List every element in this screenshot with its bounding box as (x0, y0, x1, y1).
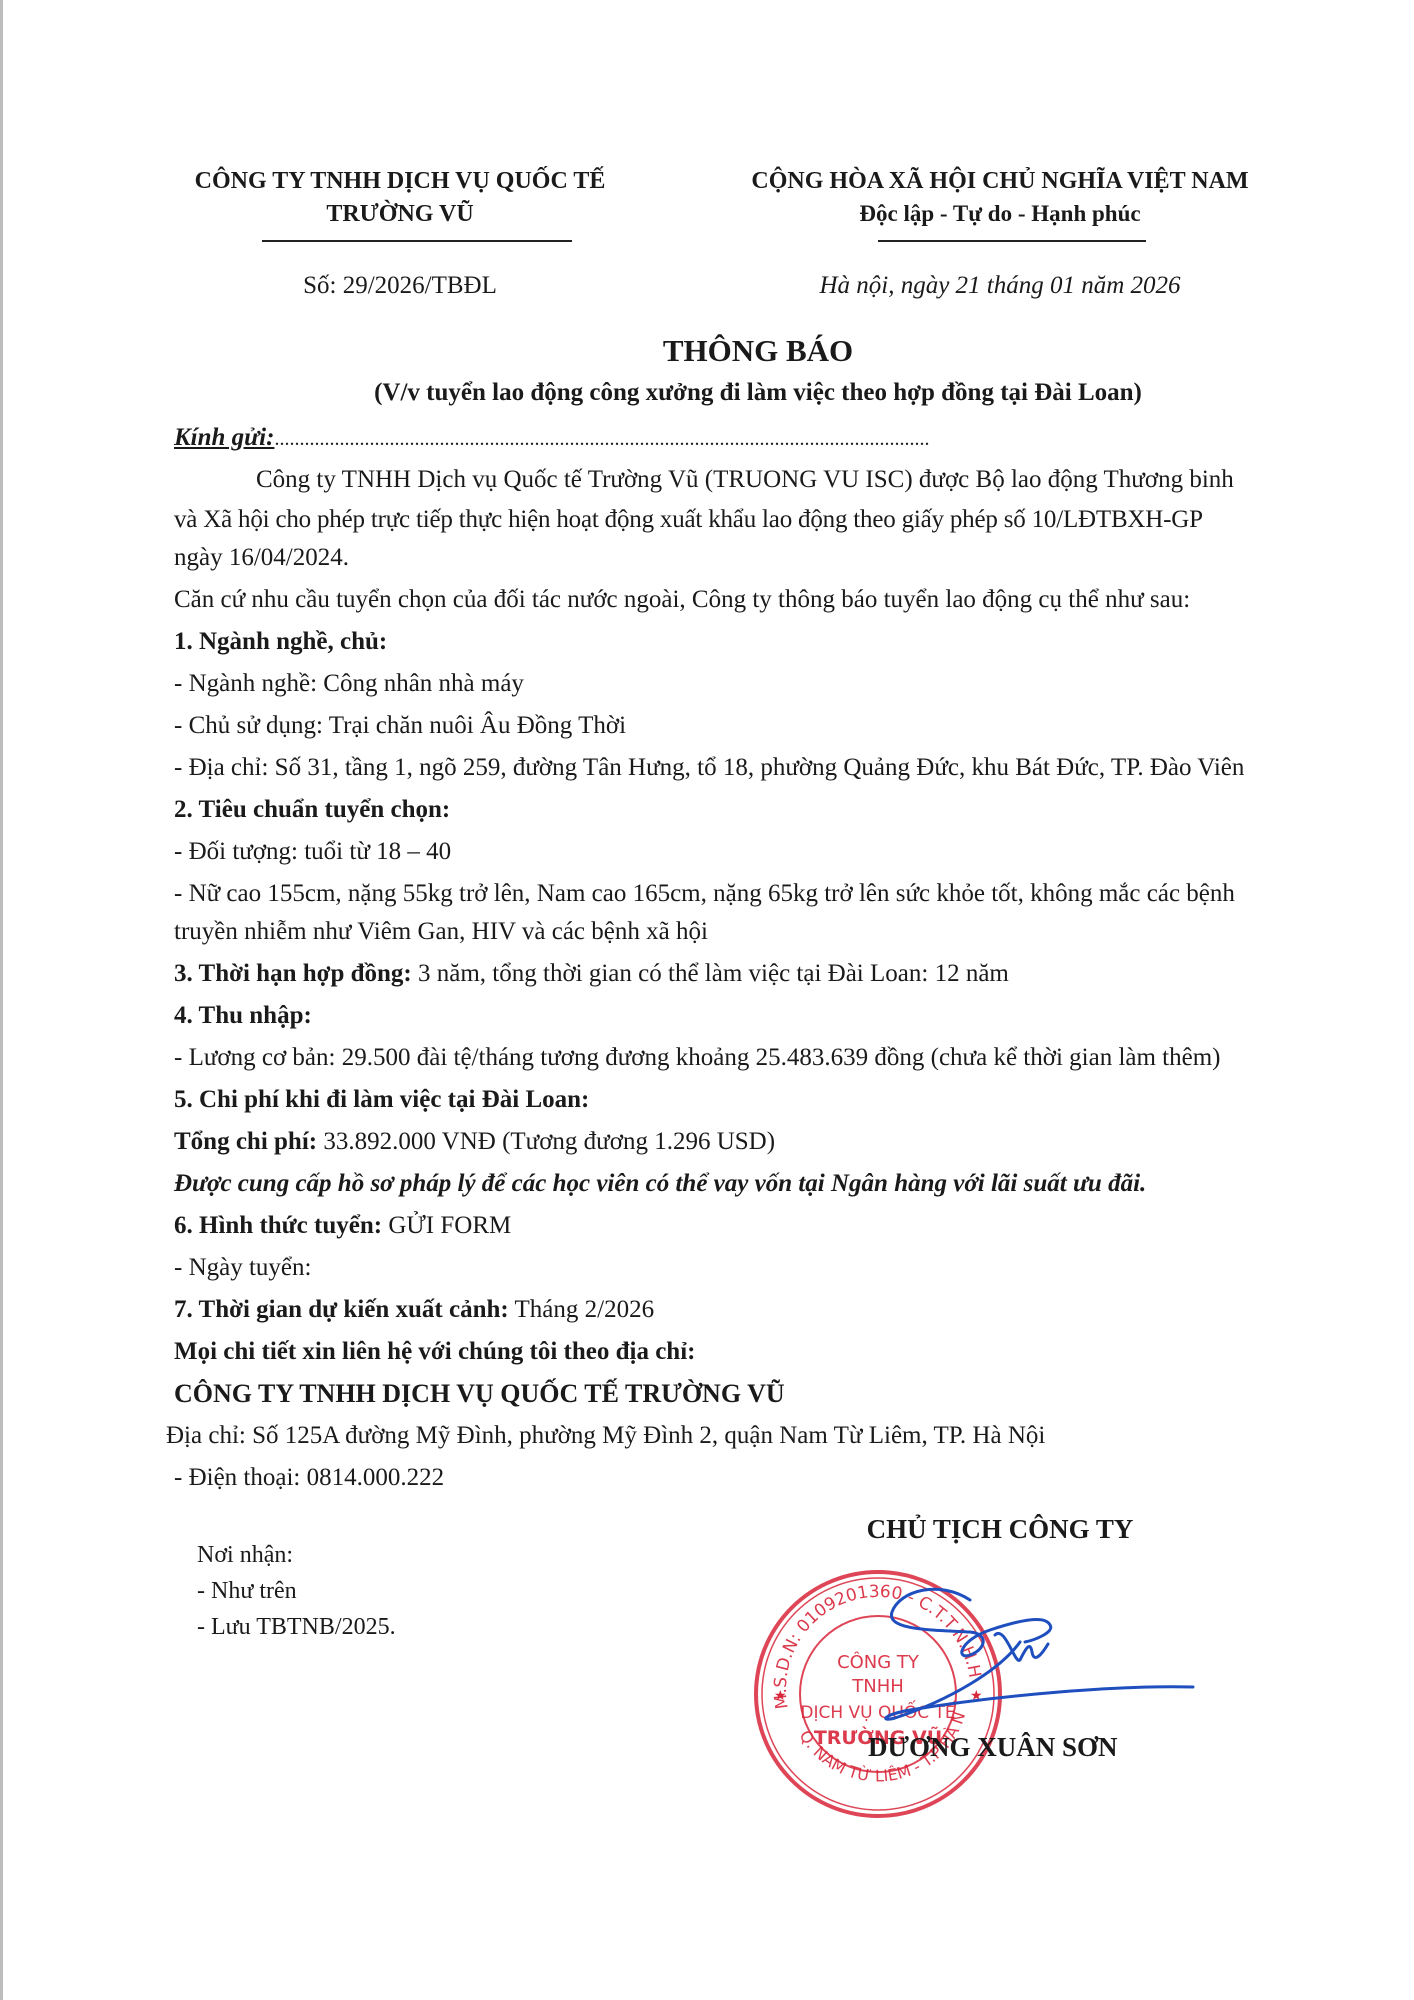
section-6-item: - Ngày tuyển: (174, 1253, 311, 1283)
section-4-heading: 4. Thu nhập: (174, 1001, 312, 1031)
section-6-line: 6. Hình thức tuyển: GỬI FORM (174, 1211, 511, 1241)
section-7-value: Tháng 2/2026 (509, 1296, 654, 1323)
section-7-line: 7. Thời gian dự kiến xuất cảnh: Tháng 2/… (174, 1295, 654, 1325)
section-3-heading: 3. Thời hạn hợp đồng: (174, 960, 412, 987)
intro-line-3: ngày 16/04/2024. (174, 543, 349, 573)
section-6-value: GỬI FORM (382, 1212, 511, 1239)
handwritten-signature-icon (820, 1570, 1220, 1740)
section-5-heading: 5. Chi phí khi đi làm việc tại Đài Loan: (174, 1085, 589, 1115)
header-left-rule (262, 240, 572, 242)
recipient-line: Kính gửi:...............................… (174, 423, 929, 454)
section-2-item: - Nữ cao 155cm, nặng 55kg trở lên, Nam c… (174, 879, 1235, 909)
contact-company: CÔNG TY TNHH DỊCH VỤ QUỐC TẾ TRƯỜNG VŨ (174, 1379, 785, 1409)
recipient-label: Kính gửi: (174, 424, 274, 451)
recipients-item: - Như trên (197, 1576, 297, 1606)
intro-line-1: Công ty TNHH Dịch vụ Quốc tế Trường Vũ (… (256, 465, 1234, 495)
company-name-line1: CÔNG TY TNHH DỊCH VỤ QUỐC TẾ (180, 166, 620, 196)
section-1-item: - Địa chỉ: Số 31, tầng 1, ngõ 259, đường… (174, 753, 1244, 783)
document-date: Hà nội, ngày 21 tháng 01 năm 2026 (720, 271, 1280, 301)
national-motto: Độc lập - Tự do - Hạnh phúc (720, 199, 1280, 229)
total-cost-value: 33.892.000 VNĐ (Tương đương 1.296 USD) (317, 1128, 775, 1155)
document-number: Số: 29/2026/TBĐL (180, 271, 620, 301)
section-1-heading: 1. Ngành nghề, chủ: (174, 627, 387, 657)
section-3-line: 3. Thời hạn hợp đồng: 3 năm, tổng thời g… (174, 959, 1009, 989)
header-right-rule (878, 240, 1146, 242)
national-title: CỘNG HÒA XÃ HỘI CHỦ NGHĨA VIỆT NAM (720, 166, 1280, 196)
company-name-line2: TRƯỜNG VŨ (180, 199, 620, 229)
section-2-item: truyền nhiễm như Viêm Gan, HIV và các bệ… (174, 917, 708, 947)
section-1-item: - Ngành nghề: Công nhân nhà máy (174, 669, 524, 699)
recipients-item: - Lưu TBTNB/2025. (197, 1612, 396, 1642)
section-5-total-line: Tổng chi phí: 33.892.000 VNĐ (Tương đươn… (174, 1127, 775, 1157)
document-subtitle: (V/v tuyển lao động công xưởng đi làm vi… (174, 378, 1342, 408)
section-3-value: 3 năm, tổng thời gian có thể làm việc tạ… (412, 960, 1009, 987)
intro-line-4: Căn cứ nhu cầu tuyển chọn của đối tác nư… (174, 585, 1190, 615)
total-cost-label: Tổng chi phí: (174, 1128, 317, 1155)
loan-note: Được cung cấp hồ sơ pháp lý để các học v… (174, 1169, 1146, 1199)
section-2-heading: 2. Tiêu chuẩn tuyển chọn: (174, 795, 450, 825)
signer-title: CHỦ TỊCH CÔNG TY (820, 1514, 1180, 1544)
page-edge (0, 0, 3, 2000)
section-1-item: - Chủ sử dụng: Trại chăn nuôi Âu Đồng Th… (174, 711, 626, 741)
section-6-heading: 6. Hình thức tuyển: (174, 1212, 382, 1239)
recipient-dots: ........................................… (274, 428, 929, 450)
section-7-heading: 7. Thời gian dự kiến xuất cảnh: (174, 1296, 509, 1323)
document-title: THÔNG BÁO (174, 333, 1342, 369)
svg-text:★: ★ (774, 1688, 787, 1704)
contact-intro: Mọi chi tiết xin liên hệ với chúng tôi t… (174, 1337, 695, 1367)
recipients-label: Nơi nhận: (197, 1540, 293, 1570)
section-2-item: - Đối tượng: tuổi từ 18 – 40 (174, 837, 451, 867)
section-4-item: - Lương cơ bản: 29.500 đài tệ/tháng tươn… (174, 1043, 1221, 1073)
intro-line-2: và Xã hội cho phép trực tiếp thực hiện h… (174, 505, 1203, 535)
contact-address: Địa chỉ: Số 125A đường Mỹ Đình, phường M… (166, 1421, 1045, 1451)
contact-phone: - Điện thoại: 0814.000.222 (174, 1463, 444, 1493)
